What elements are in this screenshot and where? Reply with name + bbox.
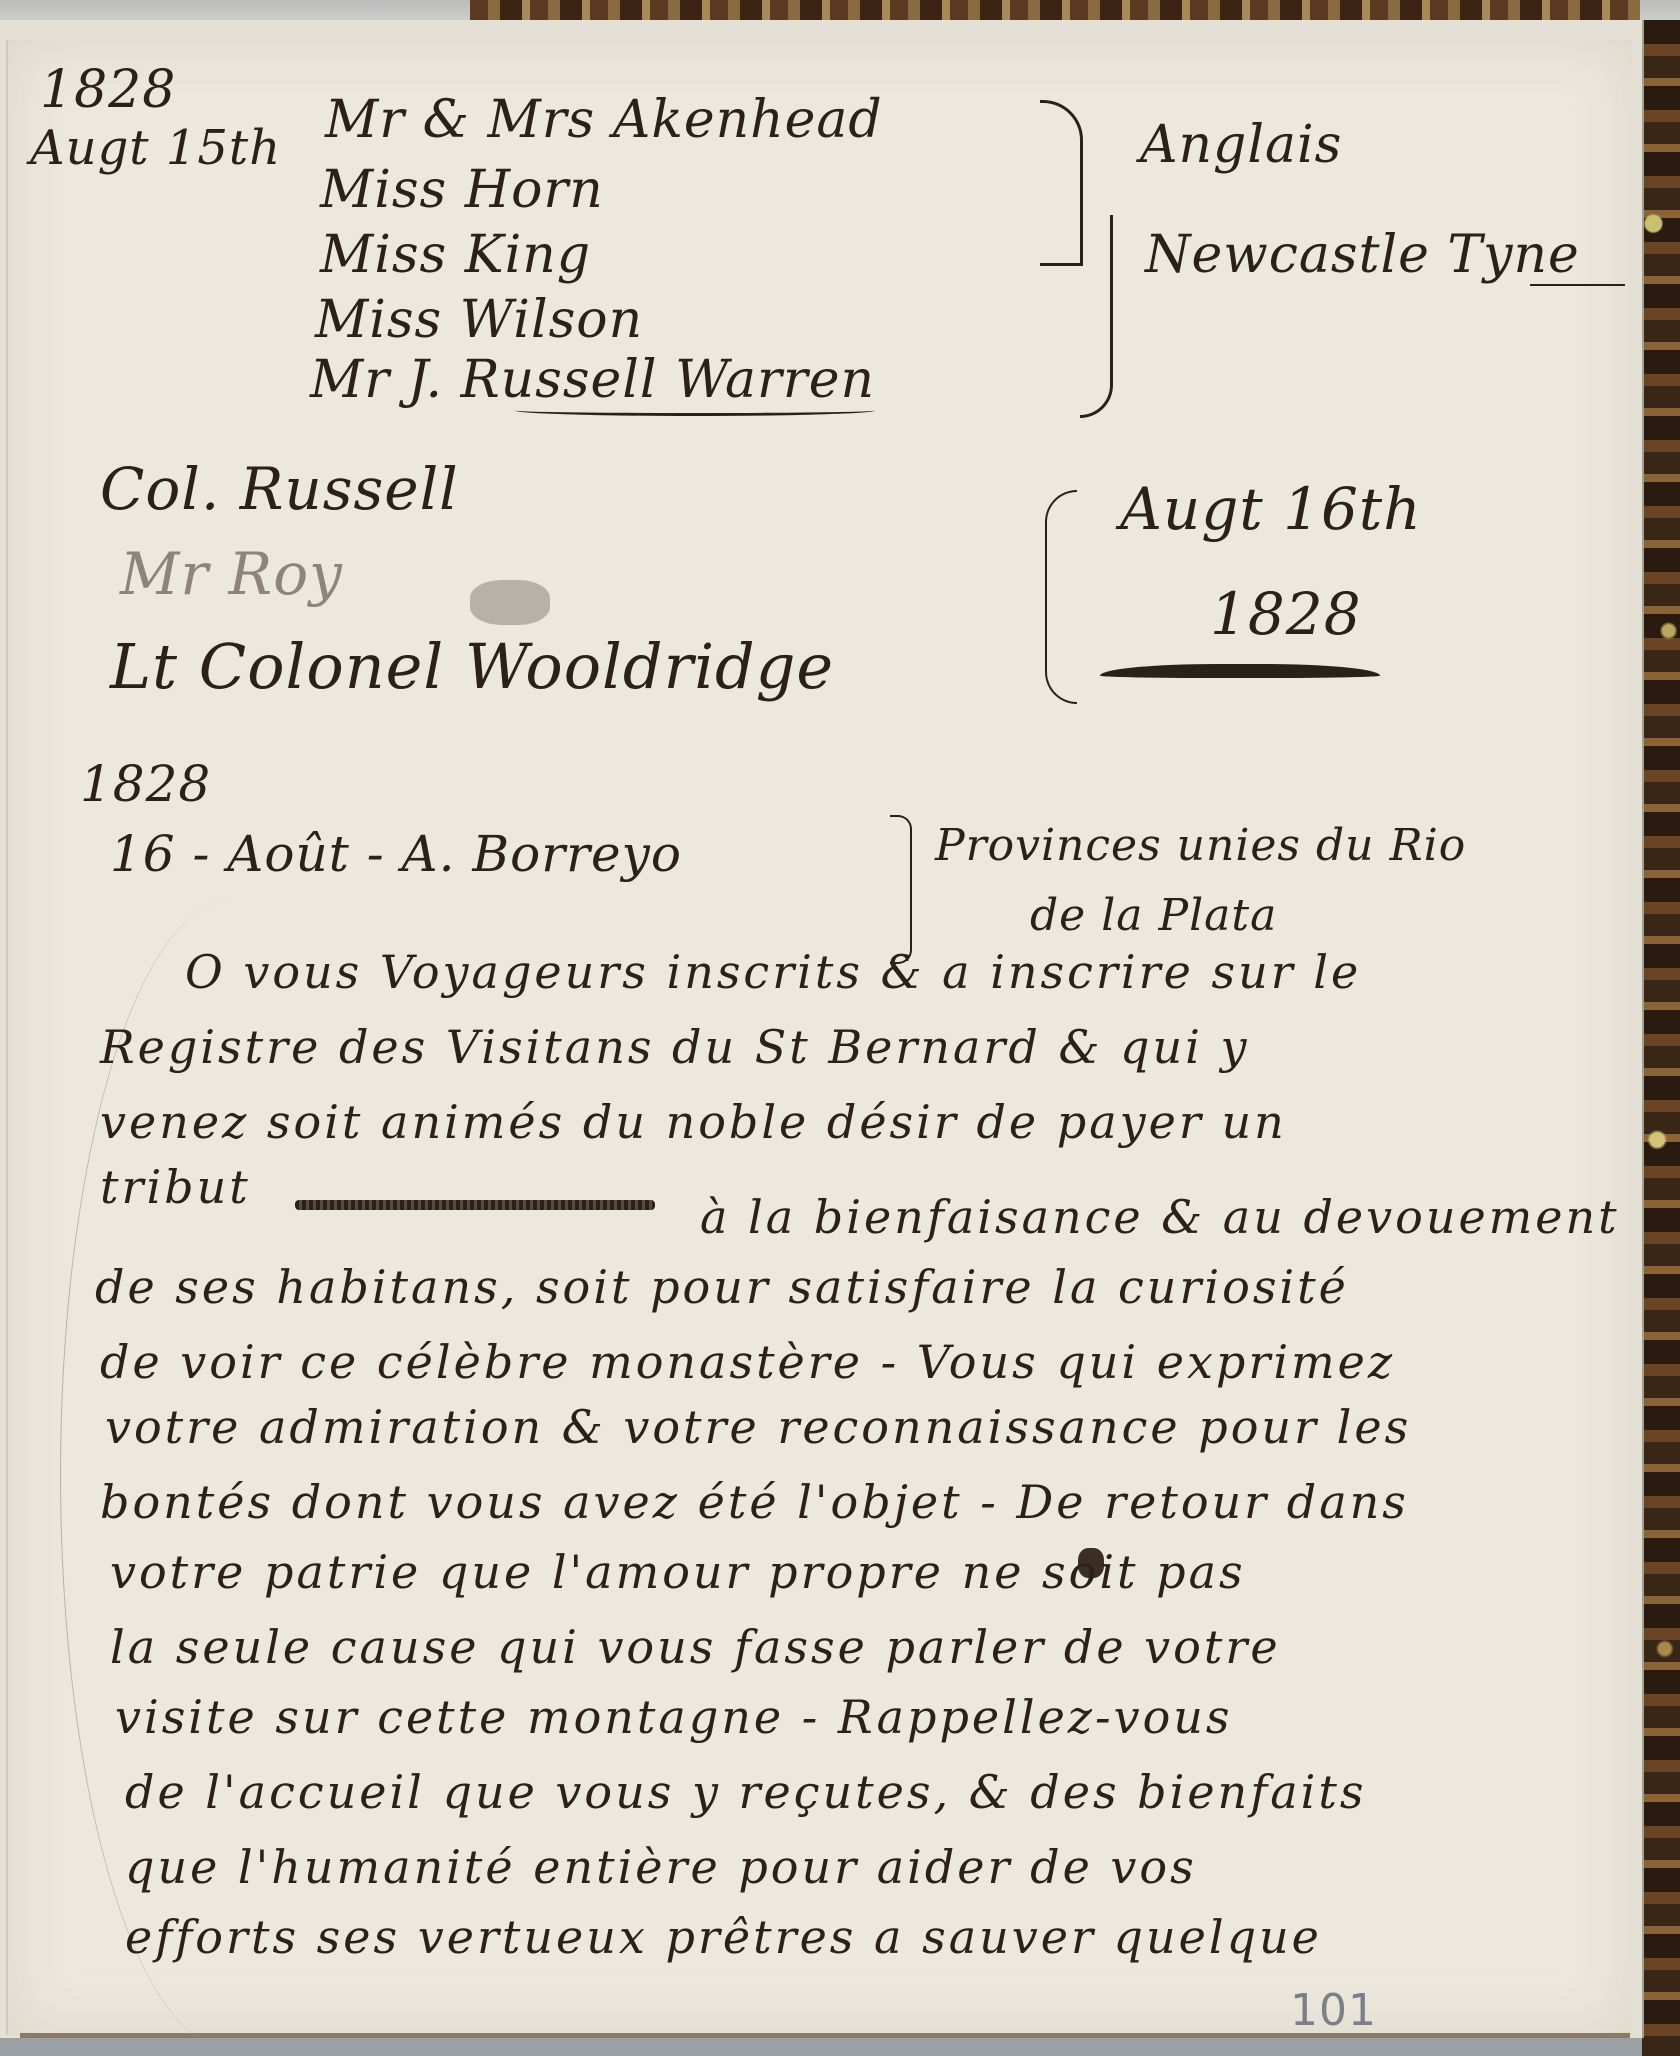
- paragraph-line: à la bienfaisance & au devouement: [700, 1190, 1620, 1244]
- entry-3-brace: [890, 815, 912, 964]
- paragraph-line: de l'accueil que vous y reçutes, & des b…: [125, 1765, 1366, 1819]
- entry-2-date: Augt 16th: [1120, 475, 1422, 543]
- entry-1-name: Mr & Mrs Akenhead: [325, 90, 883, 150]
- paragraph-line: que l'humanité entière pour aider de vos: [125, 1840, 1197, 1894]
- names-underline-flourish: [515, 405, 875, 416]
- paragraph-line: la seule cause qui vous fasse parler de …: [110, 1620, 1281, 1674]
- entry-3-date-name: 16 - Août - A. Borreyo: [110, 825, 682, 883]
- paragraph-line: votre admiration & votre reconnaissance …: [105, 1400, 1411, 1454]
- entry-1-name: Miss King: [320, 225, 591, 285]
- entry-1-name: Miss Horn: [320, 160, 604, 220]
- place-trailing-line: [1530, 284, 1625, 286]
- entry-2-brace: [1045, 490, 1077, 704]
- paragraph-line: O vous Voyageurs inscrits & a inscrire s…: [185, 945, 1361, 999]
- entry-2-name: Mr Roy: [120, 540, 343, 608]
- entry-3-year: 1828: [80, 755, 211, 813]
- date-flourish-stroke: [1100, 664, 1380, 678]
- ink-wash-blot: [470, 580, 550, 625]
- page-number: 101: [1290, 1985, 1377, 2036]
- entry-1-place: Newcastle Tyne: [1145, 225, 1580, 285]
- paragraph-line: venez soit animés du noble désir de paye…: [100, 1095, 1287, 1149]
- book-binding-marbled: [1642, 20, 1680, 2056]
- paragraph-line: tribut: [100, 1160, 251, 1214]
- paragraph-line: Registre des Visitans du St Bernard & qu…: [100, 1020, 1249, 1074]
- entry-3-origin-line-1: Provinces unies du Rio: [935, 820, 1466, 871]
- paragraph-line: efforts ses vertueux prêtres a sauver qu…: [125, 1910, 1322, 1964]
- struck-out-word: [295, 1200, 655, 1210]
- page-bottom-edge: [20, 2033, 1630, 2038]
- paragraph-line: de ses habitans, soit pour satisfaire la…: [95, 1260, 1349, 1314]
- entry-2-name: Col. Russell: [100, 455, 459, 523]
- entry-2-name: Lt Colonel Wooldridge: [110, 630, 834, 703]
- entry-1-name: Mr J. Russell Warren: [310, 350, 875, 410]
- entry-2-year: 1828: [1210, 580, 1362, 648]
- paragraph-line: visite sur cette montagne - Rappellez-vo…: [115, 1690, 1233, 1744]
- entry-1-brace-lower: [1080, 215, 1113, 418]
- entry-1-brace-upper: [1040, 100, 1083, 266]
- paragraph-line: bontés dont vous avez été l'objet - De r…: [100, 1475, 1409, 1529]
- entry-1-nationality: Anglais: [1140, 115, 1342, 175]
- paragraph-line: de voir ce célèbre monastère - Vous qui …: [100, 1335, 1395, 1389]
- entry-1-year: 1828: [40, 60, 176, 120]
- book-cover-top: [470, 0, 1640, 22]
- entry-3-origin-line-2: de la Plata: [1030, 890, 1277, 941]
- entry-1-date: Augt 15th: [30, 120, 281, 176]
- paragraph-line: votre patrie que l'amour propre ne soit …: [110, 1545, 1246, 1599]
- entry-1-name: Miss Wilson: [315, 290, 643, 350]
